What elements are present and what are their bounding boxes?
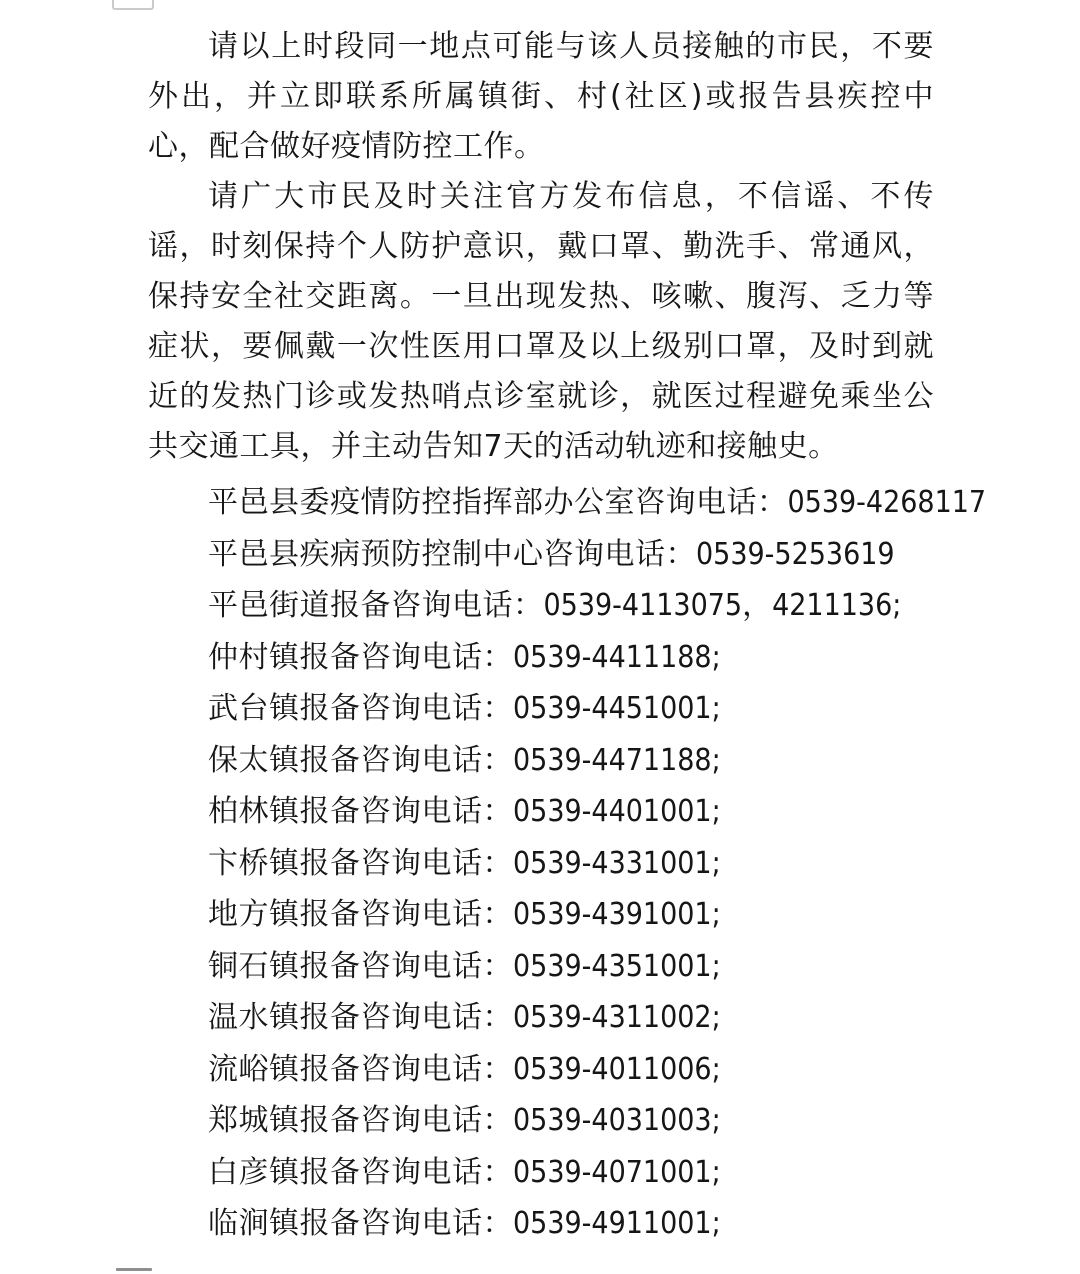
- contact-line-zhengcheng-town: 郑城镇报备咨询电话：0539-4031003;: [148, 1095, 934, 1147]
- contact-label: 保太镇报备咨询电话：: [208, 743, 513, 778]
- contact-line-wutai-town: 武台镇报备咨询电话：0539-4451001;: [148, 683, 934, 735]
- contact-phone-list: 平邑县委疫情防控指挥部办公室咨询电话：0539-4268117 平邑县疾病预防控…: [148, 477, 934, 1250]
- cropped-glyph-fragment-bottom: [116, 1268, 152, 1271]
- contact-phone-number: 0539-4411188;: [513, 640, 721, 675]
- contact-label: 铜石镇报备咨询电话：: [208, 949, 513, 984]
- contact-phone-number: 0539-4401001;: [513, 794, 721, 829]
- contact-phone-number: 0539-4391001;: [513, 897, 721, 932]
- contact-phone-number: 0539-4331001;: [513, 846, 721, 881]
- contact-line-difang-town: 地方镇报备咨询电话：0539-4391001;: [148, 889, 934, 941]
- contact-phone-number: 0539-4911001;: [513, 1206, 721, 1241]
- paragraph-prevention-advice: 请广大市民及时关注官方发布信息，不信谣、不传谣，时刻保持个人防护意识，戴口罩、勤…: [148, 172, 934, 472]
- contact-label: 卞桥镇报备咨询电话：: [208, 846, 513, 881]
- notice-document: 请以上时段同一地点可能与该人员接触的市民，不要外出，并立即联系所属镇街、村(社区…: [0, 0, 1080, 1274]
- contact-phone-number: 0539-4113075，4211136;: [544, 588, 902, 623]
- contact-label: 仲村镇报备咨询电话：: [208, 640, 513, 675]
- contact-line-bianqiao-town: 卞桥镇报备咨询电话：0539-4331001;: [148, 838, 934, 890]
- contact-phone-number: 0539-4031003;: [513, 1103, 721, 1138]
- cropped-glyph-fragment-top: [112, 0, 154, 10]
- contact-line-linjian-town: 临涧镇报备咨询电话：0539-4911001;: [148, 1198, 934, 1250]
- contact-label: 温水镇报备咨询电话：: [208, 1000, 513, 1035]
- contact-phone-number: 0539-4311002;: [513, 1000, 721, 1035]
- contact-label: 地方镇报备咨询电话：: [208, 897, 513, 932]
- contact-phone-number: 0539-4011006;: [513, 1052, 721, 1087]
- contact-label: 平邑县委疫情防控指挥部办公室咨询电话：: [208, 485, 788, 520]
- contact-line-tongshi-town: 铜石镇报备咨询电话：0539-4351001;: [148, 941, 934, 993]
- contact-line-cdc-center: 平邑县疾病预防控制中心咨询电话：0539-5253619: [148, 529, 934, 581]
- contact-phone-number: 0539-4451001;: [513, 691, 721, 726]
- contact-line-bolin-town: 柏林镇报备咨询电话：0539-4401001;: [148, 786, 934, 838]
- contact-label: 平邑街道报备咨询电话：: [208, 588, 544, 623]
- contact-phone-number: 0539-4351001;: [513, 949, 721, 984]
- contact-phone-number: 0539-4268117: [788, 485, 987, 520]
- contact-label: 流峪镇报备咨询电话：: [208, 1052, 513, 1087]
- contact-label: 武台镇报备咨询电话：: [208, 691, 513, 726]
- contact-line-baiyan-town: 白彦镇报备咨询电话：0539-4071001;: [148, 1147, 934, 1199]
- contact-line-headquarters-office: 平邑县委疫情防控指挥部办公室咨询电话：0539-4268117: [148, 477, 934, 529]
- contact-line-liuyu-town: 流峪镇报备咨询电话：0539-4011006;: [148, 1044, 934, 1096]
- contact-line-zhongcun-town: 仲村镇报备咨询电话：0539-4411188;: [148, 632, 934, 684]
- paragraph-contact-warning: 请以上时段同一地点可能与该人员接触的市民，不要外出，并立即联系所属镇街、村(社区…: [148, 22, 934, 172]
- contact-phone-number: 0539-5253619: [696, 537, 895, 572]
- contact-line-wenshui-town: 温水镇报备咨询电话：0539-4311002;: [148, 992, 934, 1044]
- contact-phone-number: 0539-4071001;: [513, 1155, 721, 1190]
- contact-label: 白彦镇报备咨询电话：: [208, 1155, 513, 1190]
- contact-line-baotai-town: 保太镇报备咨询电话：0539-4471188;: [148, 735, 934, 787]
- contact-phone-number: 0539-4471188;: [513, 743, 721, 778]
- contact-label: 柏林镇报备咨询电话：: [208, 794, 513, 829]
- contact-line-pingyi-street: 平邑街道报备咨询电话：0539-4113075，4211136;: [148, 580, 934, 632]
- contact-label: 郑城镇报备咨询电话：: [208, 1103, 513, 1138]
- contact-label: 临涧镇报备咨询电话：: [208, 1206, 513, 1241]
- contact-label: 平邑县疾病预防控制中心咨询电话：: [208, 537, 696, 572]
